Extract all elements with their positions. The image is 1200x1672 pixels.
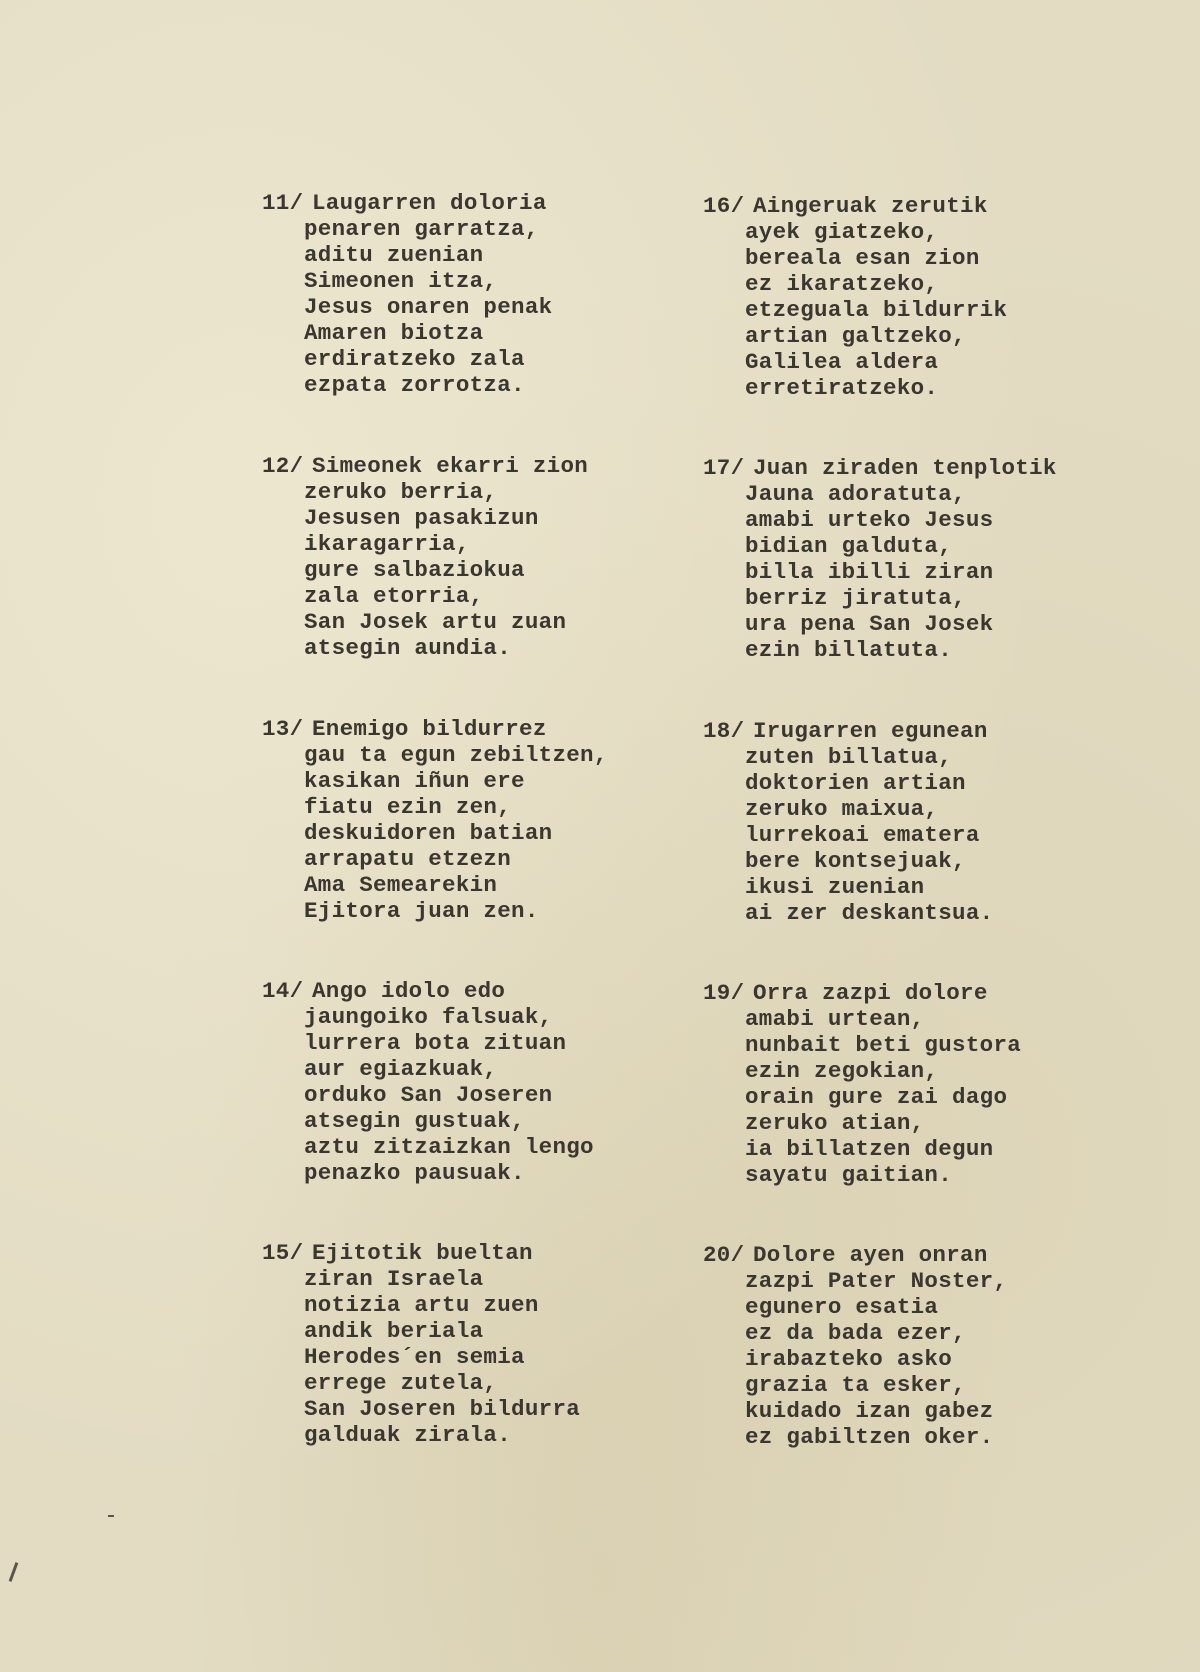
verse-line: ezpata zorrotza.: [262, 372, 552, 398]
verse-line: ziran Israela: [262, 1266, 580, 1292]
verse-line: gure salbaziokua: [262, 557, 588, 583]
stanza-number: 15/: [262, 1240, 312, 1266]
verse-line: Simeonen itza,: [262, 268, 552, 294]
stanza-number: 17/: [703, 455, 753, 481]
verse-line: etzeguala bildurrik: [703, 297, 1007, 323]
verse-line: deskuidoren batian: [262, 820, 608, 846]
verse-line: San Josek artu zuan: [262, 609, 588, 635]
verse-line: Jesusen pasakizun: [262, 505, 588, 531]
verse-line: penazko pausuak.: [262, 1160, 594, 1186]
stanza-13: 13/Enemigo bildurrezgau ta egun zebiltze…: [262, 716, 608, 924]
verse-line: Ejitotik bueltan: [312, 1240, 533, 1266]
verse-line: bere kontsejuak,: [703, 848, 993, 874]
verse-line: zala etorria,: [262, 583, 588, 609]
stanza-number: 20/: [703, 1242, 753, 1268]
verse-line: Jesus onaren penak: [262, 294, 552, 320]
verse-line: Juan ziraden tenplotik: [753, 455, 1057, 481]
verse-line: Irugarren egunean: [753, 718, 988, 744]
verse-line: egunero esatia: [703, 1294, 1007, 1320]
stanza-number: 11/: [262, 190, 312, 216]
verse-line: kasikan iñun ere: [262, 768, 608, 794]
verse-line: Galilea aldera: [703, 349, 1007, 375]
verse-line: atsegin gustuak,: [262, 1108, 594, 1134]
stanza-17: 17/Juan ziraden tenplotikJauna adoratuta…: [703, 455, 1057, 663]
stanza-15: 15/Ejitotik bueltanziran Israelanotizia …: [262, 1240, 580, 1448]
verse-line: gau ta egun zebiltzen,: [262, 742, 608, 768]
stanza-20: 20/Dolore ayen onranzazpi Pater Noster,e…: [703, 1242, 1007, 1450]
verse-line: atsegin aundia.: [262, 635, 588, 661]
verse-line: ia billatzen degun: [703, 1136, 1021, 1162]
verse-line: Amaren biotza: [262, 320, 552, 346]
verse-line: Simeonek ekarri zion: [312, 453, 588, 479]
verse-line: Herodes´en semia: [262, 1344, 580, 1370]
stanza-18: 18/Irugarren eguneanzuten billatua,dokto…: [703, 718, 993, 926]
stanza-number: 12/: [262, 453, 312, 479]
verse-line: amabi urtean,: [703, 1006, 1021, 1032]
verse-line: kuidado izan gabez: [703, 1398, 1007, 1424]
verse-line: ez da bada ezer,: [703, 1320, 1007, 1346]
verse-line: notizia artu zuen: [262, 1292, 580, 1318]
verse-line: andik beriala: [262, 1318, 580, 1344]
verse-line: zeruko berria,: [262, 479, 588, 505]
verse-line: zuten billatua,: [703, 744, 993, 770]
verse-line: erdiratzeko zala: [262, 346, 552, 372]
verse-line: zazpi Pater Noster,: [703, 1268, 1007, 1294]
verse-line: ez gabiltzen oker.: [703, 1424, 1007, 1450]
stanza-number: 19/: [703, 980, 753, 1006]
verse-line: jaungoiko falsuak,: [262, 1004, 594, 1030]
verse-line: Enemigo bildurrez: [312, 716, 547, 742]
verse-line: ura pena San Josek: [703, 611, 1057, 637]
ink-dot: [108, 1515, 114, 1517]
verse-line: penaren garratza,: [262, 216, 552, 242]
verse-line: aditu zuenian: [262, 242, 552, 268]
verse-line: berriz jiratuta,: [703, 585, 1057, 611]
verse-line: ikaragarria,: [262, 531, 588, 557]
verse-line: Dolore ayen onran: [753, 1242, 988, 1268]
verse-line: galduak zirala.: [262, 1422, 580, 1448]
verse-line: aztu zitzaizkan lengo: [262, 1134, 594, 1160]
verse-line: artian galtzeko,: [703, 323, 1007, 349]
typewritten-page: 11/Laugarren doloriapenaren garratza,adi…: [0, 0, 1200, 1672]
verse-line: errege zutela,: [262, 1370, 580, 1396]
verse-line: Ejitora juan zen.: [262, 898, 608, 924]
verse-line: ikusi zuenian: [703, 874, 993, 900]
verse-line: Jauna adoratuta,: [703, 481, 1057, 507]
stanza-16: 16/Aingeruak zerutikayek giatzeko,bereal…: [703, 193, 1007, 401]
verse-line: irabazteko asko: [703, 1346, 1007, 1372]
stanza-14: 14/Ango idolo edojaungoiko falsuak,lurre…: [262, 978, 594, 1186]
verse-line: nunbait beti gustora: [703, 1032, 1021, 1058]
verse-line: orain gure zai dago: [703, 1084, 1021, 1110]
verse-line: ai zer deskantsua.: [703, 900, 993, 926]
verse-line: arrapatu etzezn: [262, 846, 608, 872]
verse-line: Ango idolo edo: [312, 978, 505, 1004]
verse-line: Ama Semearekin: [262, 872, 608, 898]
verse-line: lurrera bota zituan: [262, 1030, 594, 1056]
verse-line: bidian galduta,: [703, 533, 1057, 559]
verse-line: ezin billatuta.: [703, 637, 1057, 663]
verse-line: erretiratzeko.: [703, 375, 1007, 401]
verse-line: sayatu gaitian.: [703, 1162, 1021, 1188]
stanza-number: 18/: [703, 718, 753, 744]
verse-line: zeruko atian,: [703, 1110, 1021, 1136]
verse-line: San Joseren bildurra: [262, 1396, 580, 1422]
verse-line: orduko San Joseren: [262, 1082, 594, 1108]
verse-line: ez ikaratzeko,: [703, 271, 1007, 297]
stanza-number: 13/: [262, 716, 312, 742]
verse-line: Aingeruak zerutik: [753, 193, 988, 219]
verse-line: bereala esan zion: [703, 245, 1007, 271]
verse-line: Orra zazpi dolore: [753, 980, 988, 1006]
stanza-number: 16/: [703, 193, 753, 219]
verse-line: Laugarren doloria: [312, 190, 547, 216]
verse-line: ezin zegokian,: [703, 1058, 1021, 1084]
verse-line: zeruko maixua,: [703, 796, 993, 822]
verse-line: aur egiazkuak,: [262, 1056, 594, 1082]
verse-line: ayek giatzeko,: [703, 219, 1007, 245]
verse-line: doktorien artian: [703, 770, 993, 796]
verse-line: grazia ta esker,: [703, 1372, 1007, 1398]
verse-line: amabi urteko Jesus: [703, 507, 1057, 533]
verse-line: fiatu ezin zen,: [262, 794, 608, 820]
verse-line: billa ibilli ziran: [703, 559, 1057, 585]
stanza-number: 14/: [262, 978, 312, 1004]
stanza-11: 11/Laugarren doloriapenaren garratza,adi…: [262, 190, 552, 398]
stanza-12: 12/Simeonek ekarri zionzeruko berria,Jes…: [262, 453, 588, 661]
stanza-19: 19/Orra zazpi doloreamabi urtean,nunbait…: [703, 980, 1021, 1188]
verse-line: lurrekoai ematera: [703, 822, 993, 848]
